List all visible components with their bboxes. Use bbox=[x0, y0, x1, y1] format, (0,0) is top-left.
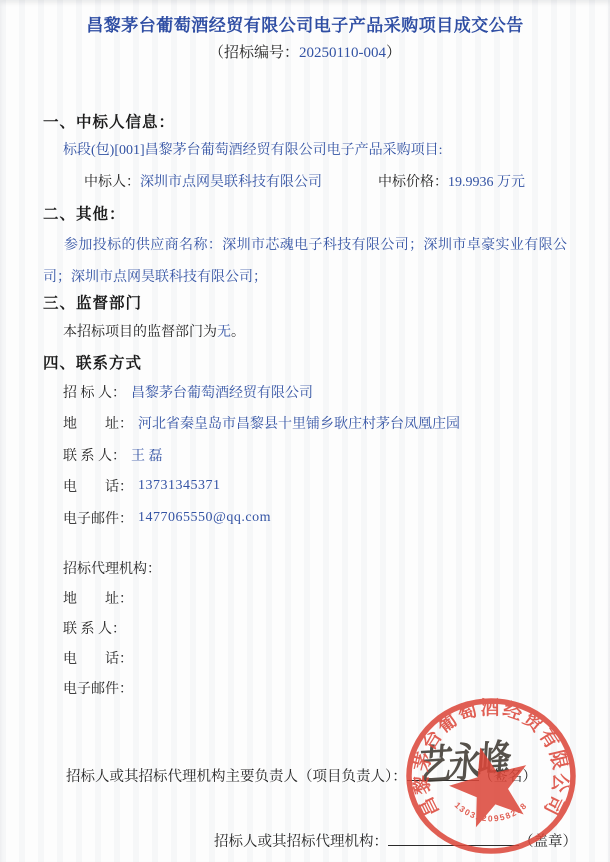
contact-value: 1477065550@qq.com bbox=[138, 510, 271, 526]
org-stamp-line: 招标人或其招标代理机构：（盖章） bbox=[214, 830, 577, 851]
contact-value: 河北省秦皇岛市昌黎县十里铺乡耿庄村茅台凤凰庄园 bbox=[138, 413, 460, 433]
contact-row-person: 联 系 人：王 磊 bbox=[63, 439, 460, 471]
svg-text:1303220958288: 1303220958288 bbox=[453, 800, 530, 824]
section3-heading: 三、监督部门 bbox=[43, 291, 142, 313]
agency-contact-block: 招标代理机构： 地 址： 联 系 人： 电 话： 电子邮件： bbox=[63, 553, 166, 703]
supervision-suffix: 。 bbox=[231, 325, 245, 340]
contact-row-tenderer: 招 标 人：昌黎茅台葡萄酒经贸有限公司 bbox=[63, 376, 460, 408]
contact-label: 联 系 人： bbox=[63, 445, 126, 465]
principal-label: 招标人或其招标代理机构主要负责人（项目负责人）： bbox=[66, 769, 407, 785]
lot-line: 标段(包)[001]昌黎茅台葡萄酒经贸有限公司电子产品采购项目: bbox=[63, 139, 443, 159]
contact-row-email: 电子邮件：1477065550@qq.com bbox=[63, 502, 460, 534]
page-title: 昌黎茅台葡萄酒经贸有限公司电子产品采购项目成交公告 bbox=[0, 11, 610, 36]
contact-row-address: 地 址：河北省秦皇岛市昌黎县十里铺乡耿庄村茅台凤凰庄园 bbox=[63, 408, 460, 440]
contact-label: 招标代理机构： bbox=[63, 558, 161, 578]
tenderer-contact-block: 招 标 人：昌黎茅台葡萄酒经贸有限公司 地 址：河北省秦皇岛市昌黎县十里铺乡耿庄… bbox=[63, 376, 460, 534]
supervision-value: 无 bbox=[217, 325, 231, 340]
winner-label: 中标人： bbox=[84, 175, 140, 190]
bid-number-line: （招标编号：20250110-004） bbox=[0, 41, 610, 62]
org-label: 招标人或其招标代理机构： bbox=[214, 834, 388, 850]
bid-number: 20250110-004 bbox=[299, 45, 386, 61]
contact-label: 电 话： bbox=[63, 476, 133, 496]
contact-row-agency-address: 地 址： bbox=[63, 583, 166, 613]
contact-label: 地 址： bbox=[63, 413, 133, 433]
contact-value: 13731345371 bbox=[138, 478, 221, 494]
bid-number-prefix: （招标编号： bbox=[209, 45, 299, 61]
handwritten-signature: 艺永峰 bbox=[417, 725, 527, 792]
org-suffix: （盖章） bbox=[519, 834, 577, 850]
contact-row-agency: 招标代理机构： bbox=[63, 553, 166, 583]
price-value: 19.9936 万元 bbox=[448, 175, 525, 190]
supervision-line: 本招标项目的监督部门为无。 bbox=[63, 321, 245, 341]
announcement-document: 昌黎茅台葡萄酒经贸有限公司电子产品采购项目成交公告 （招标编号：20250110… bbox=[0, 0, 610, 862]
contact-row-agency-email: 电子邮件： bbox=[63, 673, 166, 703]
winner-name: 深圳市点网昊联科技有限公司 bbox=[140, 175, 322, 190]
contact-label: 电 话： bbox=[63, 648, 133, 668]
stamp-underline bbox=[388, 831, 519, 846]
contact-label: 招 标 人： bbox=[63, 382, 126, 402]
contact-value: 王 磊 bbox=[131, 445, 163, 465]
contact-label: 电子邮件： bbox=[63, 508, 133, 528]
contact-row-agency-phone: 电 话： bbox=[63, 643, 166, 673]
contact-row-agency-person: 联 系 人： bbox=[63, 613, 166, 643]
suppliers-paragraph: 参加投标的供应商名称：深圳市芯魂电子科技有限公司；深圳市卓豪实业有限公司；深圳市… bbox=[43, 230, 567, 293]
contact-row-phone: 电 话：13731345371 bbox=[63, 471, 460, 503]
price-label: 中标价格： bbox=[378, 175, 448, 190]
bid-number-suffix: ） bbox=[386, 45, 401, 61]
contact-label: 地 址： bbox=[63, 588, 133, 608]
contact-value: 昌黎茅台葡萄酒经贸有限公司 bbox=[131, 382, 313, 402]
supervision-prefix: 本招标项目的监督部门为 bbox=[63, 325, 217, 340]
section2-heading: 二、其他： bbox=[43, 202, 126, 224]
winner-line: 中标人：深圳市点网昊联科技有限公司中标价格：19.9936 万元 bbox=[84, 171, 525, 191]
section4-heading: 四、联系方式 bbox=[43, 351, 142, 373]
section1-heading: 一、中标人信息： bbox=[43, 110, 175, 132]
contact-label: 电子邮件： bbox=[63, 678, 133, 698]
seal-serial-number: 1303220958288 bbox=[453, 800, 530, 824]
contact-label: 联 系 人： bbox=[63, 618, 126, 638]
